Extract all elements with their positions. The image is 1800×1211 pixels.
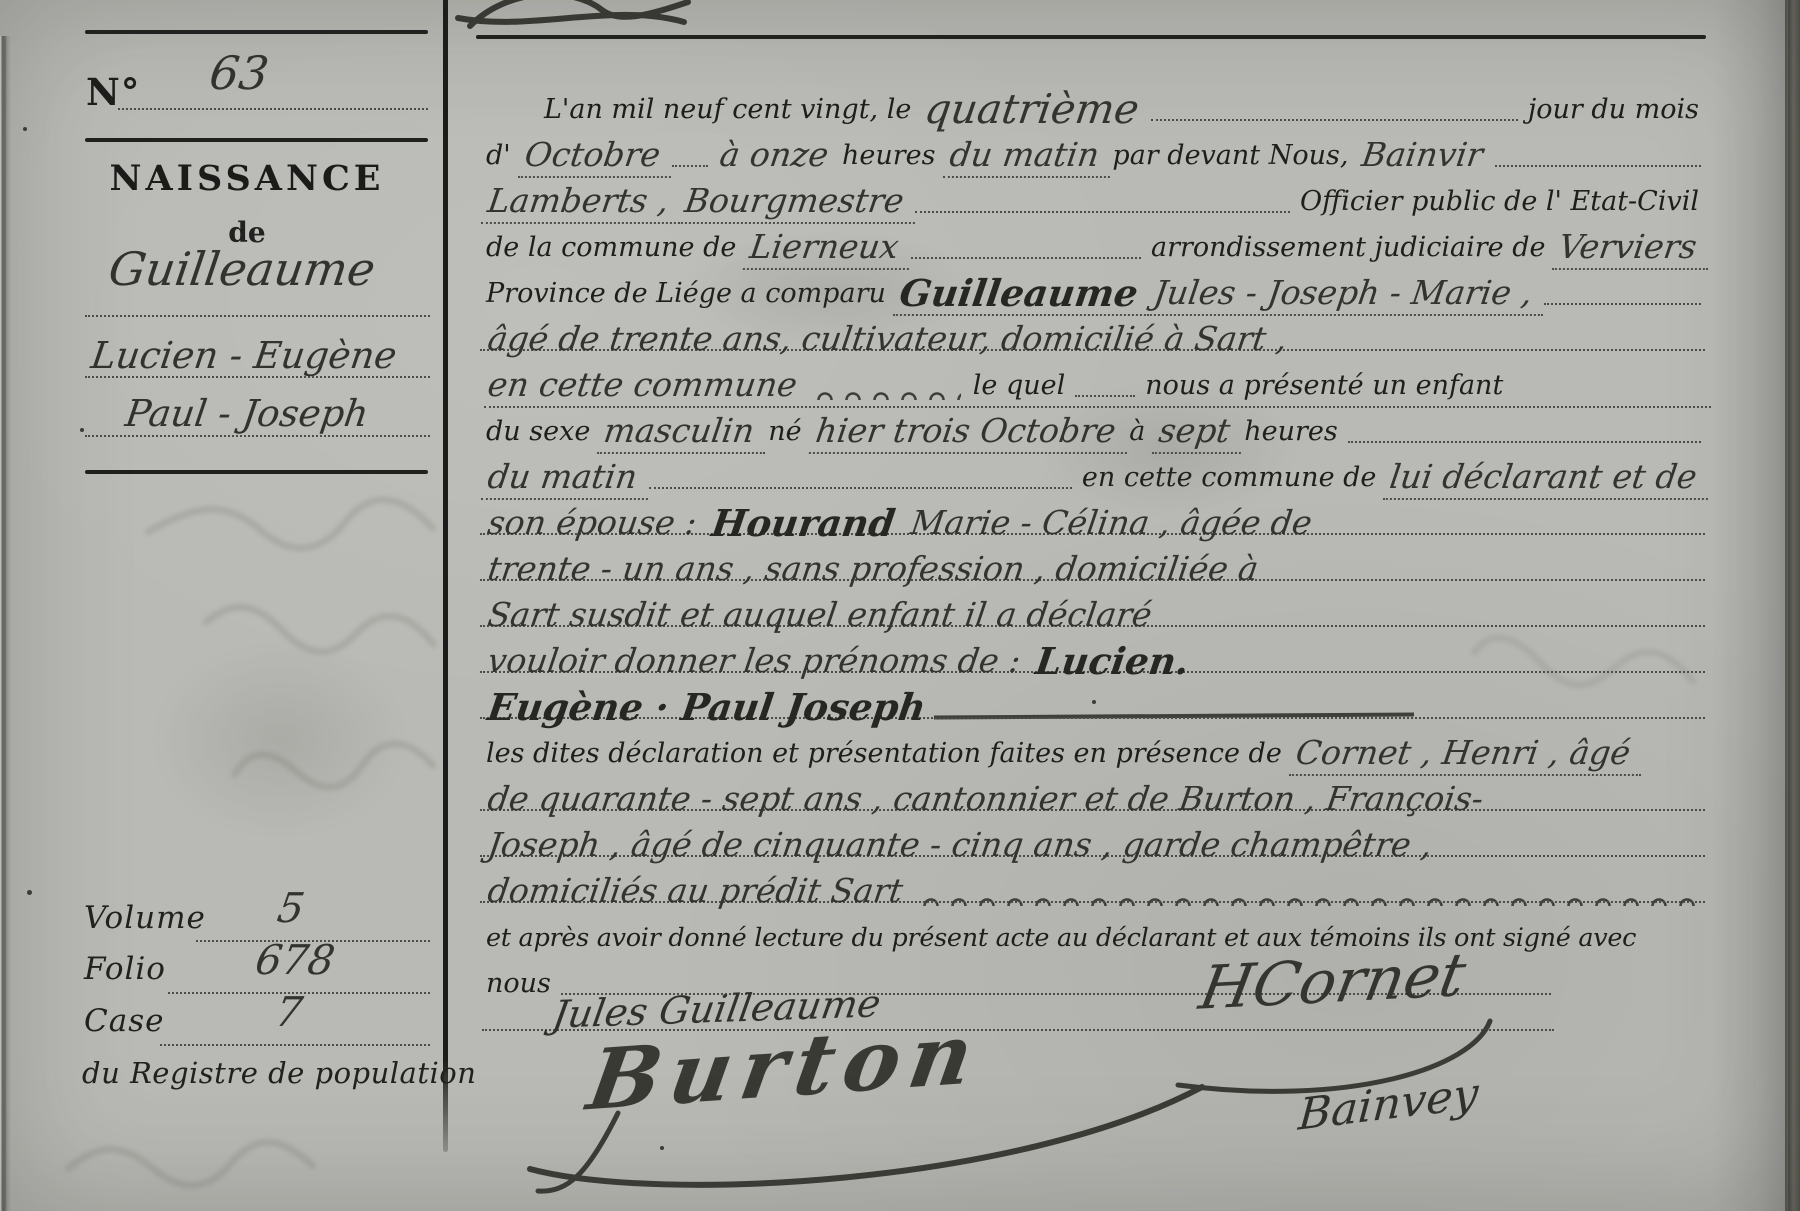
act-lines: L'an mil neuf cent vingt, lequatrièmejou…	[480, 84, 1705, 1004]
printed-form-text: heures	[836, 136, 942, 176]
page-curl-shadow	[1712, 0, 1787, 1211]
printed-form-text: arrondissement judiciaire de	[1145, 228, 1551, 268]
handwritten-entry: Bainvir	[1351, 134, 1494, 176]
handwritten-entry: en cette commune	[477, 364, 808, 406]
handwritten-entry: Lamberts ,	[477, 180, 679, 222]
paper-speck	[1092, 700, 1096, 704]
case-value: 7	[272, 988, 306, 1036]
act-number-value: 63	[207, 46, 272, 100]
act-line: son épouse :HourandMarie - Célina , âgée…	[480, 498, 1705, 544]
volume-label: Volume	[84, 900, 206, 936]
handwritten-entry: son épouse :	[477, 502, 707, 544]
dotted-fill-line	[672, 165, 708, 167]
handwritten-entry: Lucien.	[1025, 640, 1200, 682]
dotted-fill-line	[1151, 119, 1518, 121]
paper-speck	[27, 890, 32, 895]
handwritten-entry: Verviers	[1549, 226, 1708, 268]
dotted-fill-line	[915, 211, 1290, 213]
act-type-heading: NAISSANCE	[58, 158, 436, 199]
handwritten-entry: Hourand	[701, 502, 906, 544]
act-line: de la commune deLierneuxarrondissement j…	[480, 222, 1705, 268]
ink-flourish-top	[452, 0, 702, 32]
handwritten-entry: du matin	[939, 134, 1110, 176]
margin-dotted-line	[85, 435, 430, 437]
act-line: trente - un ans , sans profession , domi…	[480, 544, 1705, 590]
margin-dotted-line	[85, 315, 430, 317]
handwritten-entry: Marie - Célina , âgée de	[900, 502, 1323, 544]
act-line: les dites déclaration et présentation fa…	[480, 728, 1705, 774]
act-line: de quarante - sept ans , cantonnier et d…	[480, 774, 1705, 820]
handwritten-entry: trente - un ans , sans profession , domi…	[477, 548, 1269, 590]
scan-edge-left	[0, 36, 11, 1211]
act-line: Joseph , âgé de cinquante - cinq ans , g…	[480, 820, 1705, 866]
handwritten-entry: Bourgmestre	[674, 180, 914, 222]
signatures-block: Jules Guilleaume HCornet Burton Bainvey	[480, 955, 1705, 1211]
handwritten-entry: Jules - Joseph - Marie ,	[1143, 272, 1543, 314]
scanned-birth-record-page: N° 63 NAISSANCE de Guilleaume Lucien - E…	[0, 0, 1800, 1211]
handwritten-entry: de quarante - sept ans , cantonnier et d…	[477, 778, 1494, 820]
handwritten-entry: masculin	[593, 410, 765, 452]
folio-value: 678	[252, 936, 338, 984]
printed-form-text: d'	[480, 136, 517, 176]
body-top-rule	[476, 35, 1706, 39]
act-line: âgé de trente ans, cultivateur, domicili…	[480, 314, 1705, 360]
act-line: Lamberts ,BourgmestreOfficier public de …	[480, 176, 1705, 222]
registry-note: du Registre de population	[82, 1056, 446, 1090]
handwritten-entry: Octobre	[514, 134, 671, 176]
strike-stroke	[934, 713, 1414, 720]
margin-dotted-line	[118, 108, 428, 110]
handwritten-entry: Joseph , âgé de cinquante - cinq ans , g…	[477, 824, 1443, 866]
printed-form-text: les dites déclaration et présentation fa…	[480, 734, 1288, 774]
margin-dotted-line	[160, 1044, 430, 1046]
act-line: d'Octobreà onzeheuresdu matinpar devant …	[480, 130, 1705, 176]
printed-form-text: du sexe	[480, 412, 596, 452]
dotted-fill-line	[1495, 165, 1701, 167]
act-text: L'an mil neuf cent vingt, lequatrièmejou…	[480, 84, 1705, 1004]
handwritten-entry: hier trois Octobre	[805, 410, 1126, 452]
child-surname: Guilleaume	[40, 242, 444, 296]
act-line: domiciliés au prédit Sart	[480, 866, 1705, 912]
act-line: du sexemasculinnéhier trois Octobreàsept…	[480, 406, 1705, 452]
wavy-stroke	[811, 386, 961, 400]
signature-officer: Bainvey	[1297, 1068, 1480, 1140]
dotted-fill-line	[1348, 441, 1701, 443]
volume-value: 5	[274, 884, 308, 932]
handwritten-entry: Sart susdit et auquel enfant il a déclar…	[477, 594, 1163, 636]
act-line: et après avoir donné lecture du présent …	[480, 912, 1705, 958]
handwritten-entry: sept	[1148, 410, 1241, 452]
bleed-through-writing	[58, 1113, 322, 1206]
folio-label: Folio	[84, 951, 166, 987]
handwritten-entry: lui déclarant et de	[1379, 456, 1708, 498]
act-line: L'an mil neuf cent vingt, lequatrièmejou…	[480, 84, 1705, 130]
paper-speck	[660, 1146, 664, 1150]
handwritten-entry: âgé de trente ans, cultivateur, domicili…	[477, 318, 1298, 360]
handwritten-entry: Guilleaume	[889, 272, 1149, 314]
margin-dotted-line	[85, 376, 430, 378]
handwritten-entry: Lierneux	[739, 226, 909, 268]
margin-rule-top	[85, 30, 428, 34]
printed-form-text: L'an mil neuf cent vingt, le	[538, 90, 917, 130]
signature-witness-cornet: HCornet	[1194, 940, 1471, 1024]
handwritten-entry: Eugène · Paul Joseph	[477, 686, 936, 728]
paper-smudge	[150, 640, 410, 840]
printed-form-text: le quel	[967, 366, 1071, 406]
dotted-fill-line	[1544, 303, 1701, 305]
act-line: Province de Liége a comparuGuilleaumeJul…	[480, 268, 1705, 314]
handwritten-entry: vouloir donner les prénoms de :	[477, 640, 1031, 682]
dotted-fill-line	[649, 487, 1072, 489]
binding-edge-band	[1788, 0, 1800, 1211]
handwritten-entry: quatrième	[914, 88, 1150, 130]
paper-speck	[23, 127, 27, 131]
paper-speck	[80, 428, 84, 432]
printed-form-text: Officier public de l' Etat-Civil	[1294, 182, 1705, 222]
wavy-stroke	[917, 892, 1699, 906]
handwritten-entry: du matin	[477, 456, 648, 498]
case-label: Case	[84, 1003, 164, 1039]
margin-rule	[85, 138, 428, 142]
handwritten-entry: domiciliés au prédit Sart	[477, 870, 913, 912]
printed-form-text: jour du mois	[1522, 90, 1705, 130]
printed-form-text: né	[762, 412, 807, 452]
handwritten-entry: à onze	[709, 134, 839, 176]
printed-form-text: par devant Nous,	[1106, 136, 1354, 176]
handwritten-entry: Cornet , Henri , âgé	[1285, 732, 1641, 774]
child-forenames-2: Paul - Joseph	[55, 392, 439, 435]
child-forenames-1: Lucien - Eugène	[49, 334, 439, 377]
